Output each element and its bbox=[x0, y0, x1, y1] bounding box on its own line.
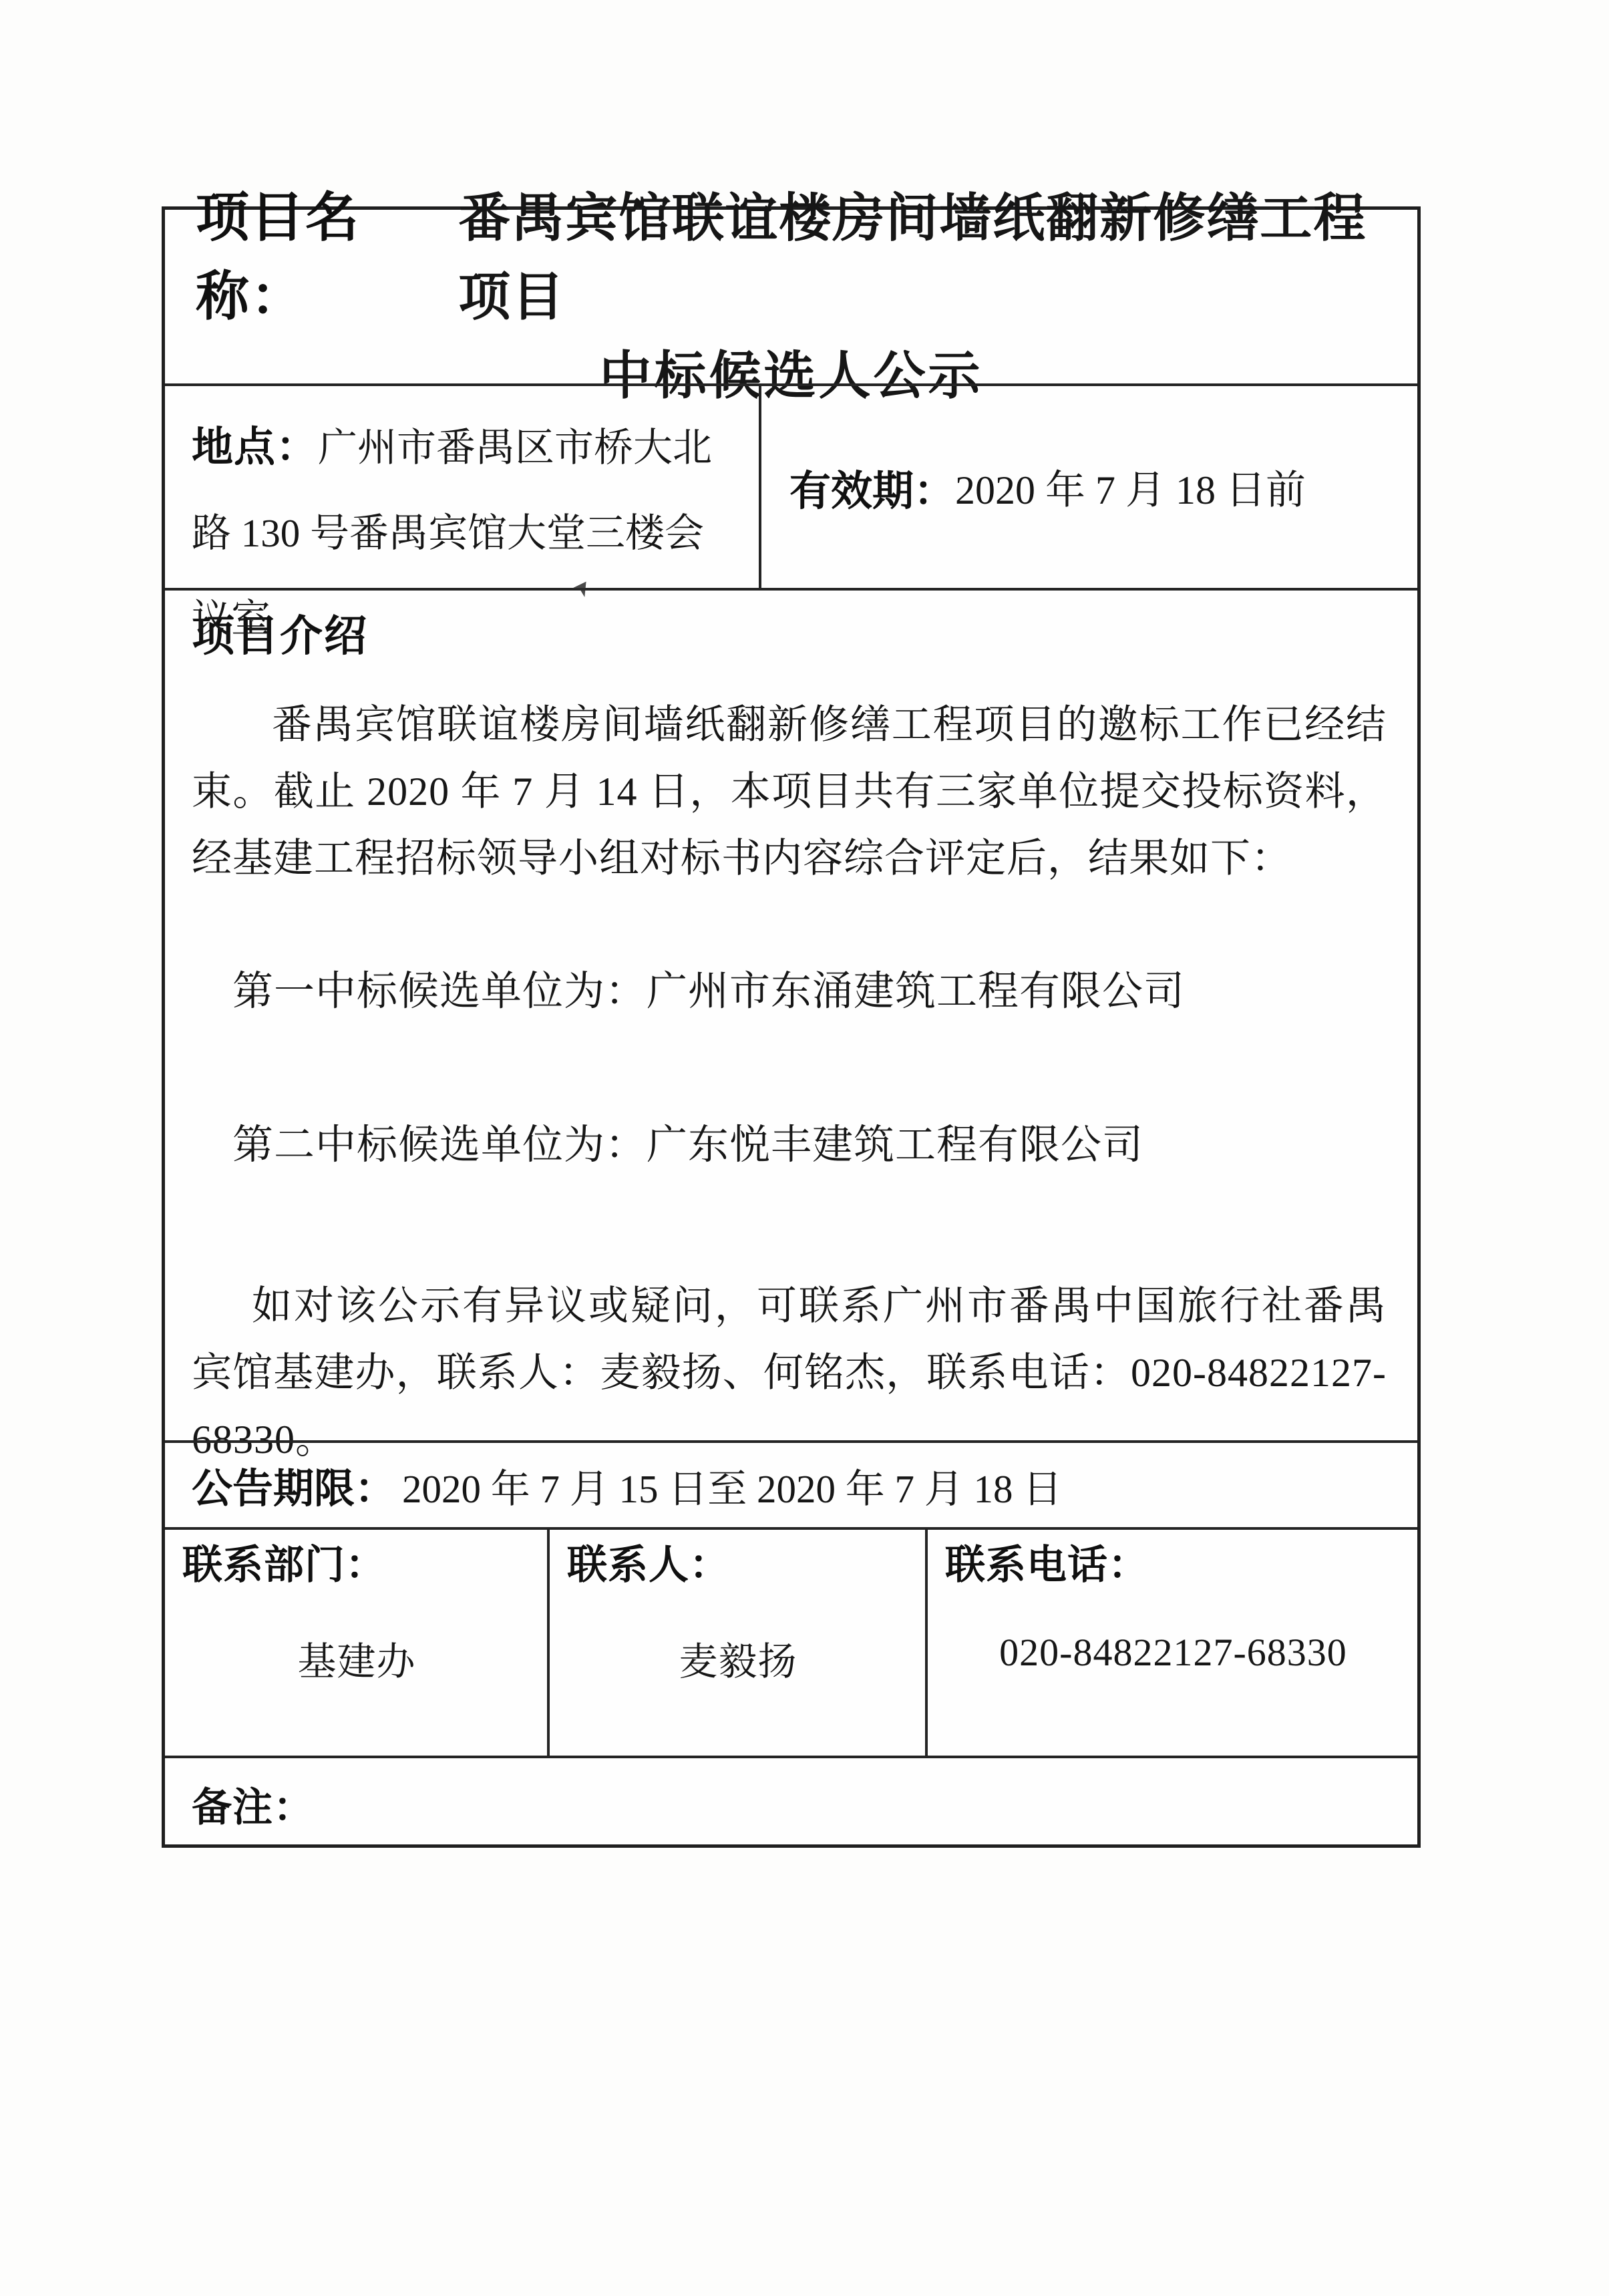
title-line1: 项目名称： 番禺宾馆联谊楼房间墙纸翻新修缮工程项目 bbox=[165, 178, 1417, 337]
contact-dept-label: 联系部门： bbox=[182, 1540, 531, 1590]
candidate-1-line: 第一中标候选单位为：广州市东涌建筑工程有限公司 bbox=[192, 965, 1387, 1019]
contact-dept-value: 基建办 bbox=[182, 1630, 531, 1686]
title-row: 项目名称： 番禺宾馆联谊楼房间墙纸翻新修缮工程项目 中标候选人公示 bbox=[165, 210, 1417, 383]
announcement-table: 项目名称： 番禺宾馆联谊楼房间墙纸翻新修缮工程项目 中标候选人公示 地点：广州市… bbox=[162, 206, 1421, 1848]
project-intro-cell: 项目介绍 番禺宾馆联谊楼房间墙纸翻新修缮工程项目的邀标工作已经结束。截止 202… bbox=[165, 588, 1417, 1440]
notice-period-value: 2020 年 7 月 15 日至 2020 年 7 月 18 日 bbox=[402, 1457, 1062, 1514]
notice-period-row: 公告期限： 2020 年 7 月 15 日至 2020 年 7 月 18 日 bbox=[165, 1440, 1417, 1527]
validity-cell: 有效期：2020 年 7 月 18 日前 bbox=[761, 386, 1417, 588]
contact-person-label: 联系人： bbox=[567, 1540, 909, 1590]
contact-phone-cell: 联系电话： 020-84822127-68330 bbox=[928, 1530, 1417, 1756]
contact-person-value: 麦毅扬 bbox=[567, 1630, 909, 1686]
remarks-row: 备注： bbox=[165, 1756, 1417, 1844]
document-page: 项目名称： 番禺宾馆联谊楼房间墙纸翻新修缮工程项目 中标候选人公示 地点：广州市… bbox=[0, 0, 1609, 2296]
project-title-text: 番禺宾馆联谊楼房间墙纸翻新修缮工程项目 bbox=[458, 179, 1417, 337]
location-validity-row: 地点：广州市番禺区市桥大北路 130 号番禺宾馆大堂三楼会议室 ➤ 有效期：20… bbox=[165, 383, 1417, 588]
intro-heading: 项目介绍 bbox=[192, 611, 1387, 661]
validity-label: 有效期： bbox=[789, 458, 955, 517]
contact-dept-cell: 联系部门： 基建办 bbox=[165, 1530, 550, 1756]
intro-paragraph-1: 番禺宾馆联谊楼房间墙纸翻新修缮工程项目的邀标工作已经结束。截止 2020 年 7… bbox=[192, 691, 1387, 892]
validity-value: 2020 年 7 月 18 日前 bbox=[955, 458, 1306, 516]
candidate-2-line: 第二中标候选单位为：广东悦丰建筑工程有限公司 bbox=[192, 1119, 1387, 1172]
contact-person-cell: 联系人： 麦毅扬 bbox=[550, 1530, 928, 1756]
contacts-row: 联系部门： 基建办 联系人： 麦毅扬 联系电话： 020-84822127-68… bbox=[165, 1527, 1417, 1756]
notice-period-label: 公告期限： bbox=[192, 1456, 395, 1514]
project-name-label: 项目名称： bbox=[196, 178, 454, 336]
location-cell: 地点：广州市番禺区市桥大北路 130 号番禺宾馆大堂三楼会议室 ➤ bbox=[165, 386, 761, 588]
remarks-label: 备注： bbox=[192, 1785, 314, 1830]
location-label: 地点： bbox=[192, 424, 318, 470]
contact-phone-label: 联系电话： bbox=[945, 1540, 1401, 1590]
contact-phone-value: 020-84822127-68330 bbox=[945, 1630, 1401, 1675]
